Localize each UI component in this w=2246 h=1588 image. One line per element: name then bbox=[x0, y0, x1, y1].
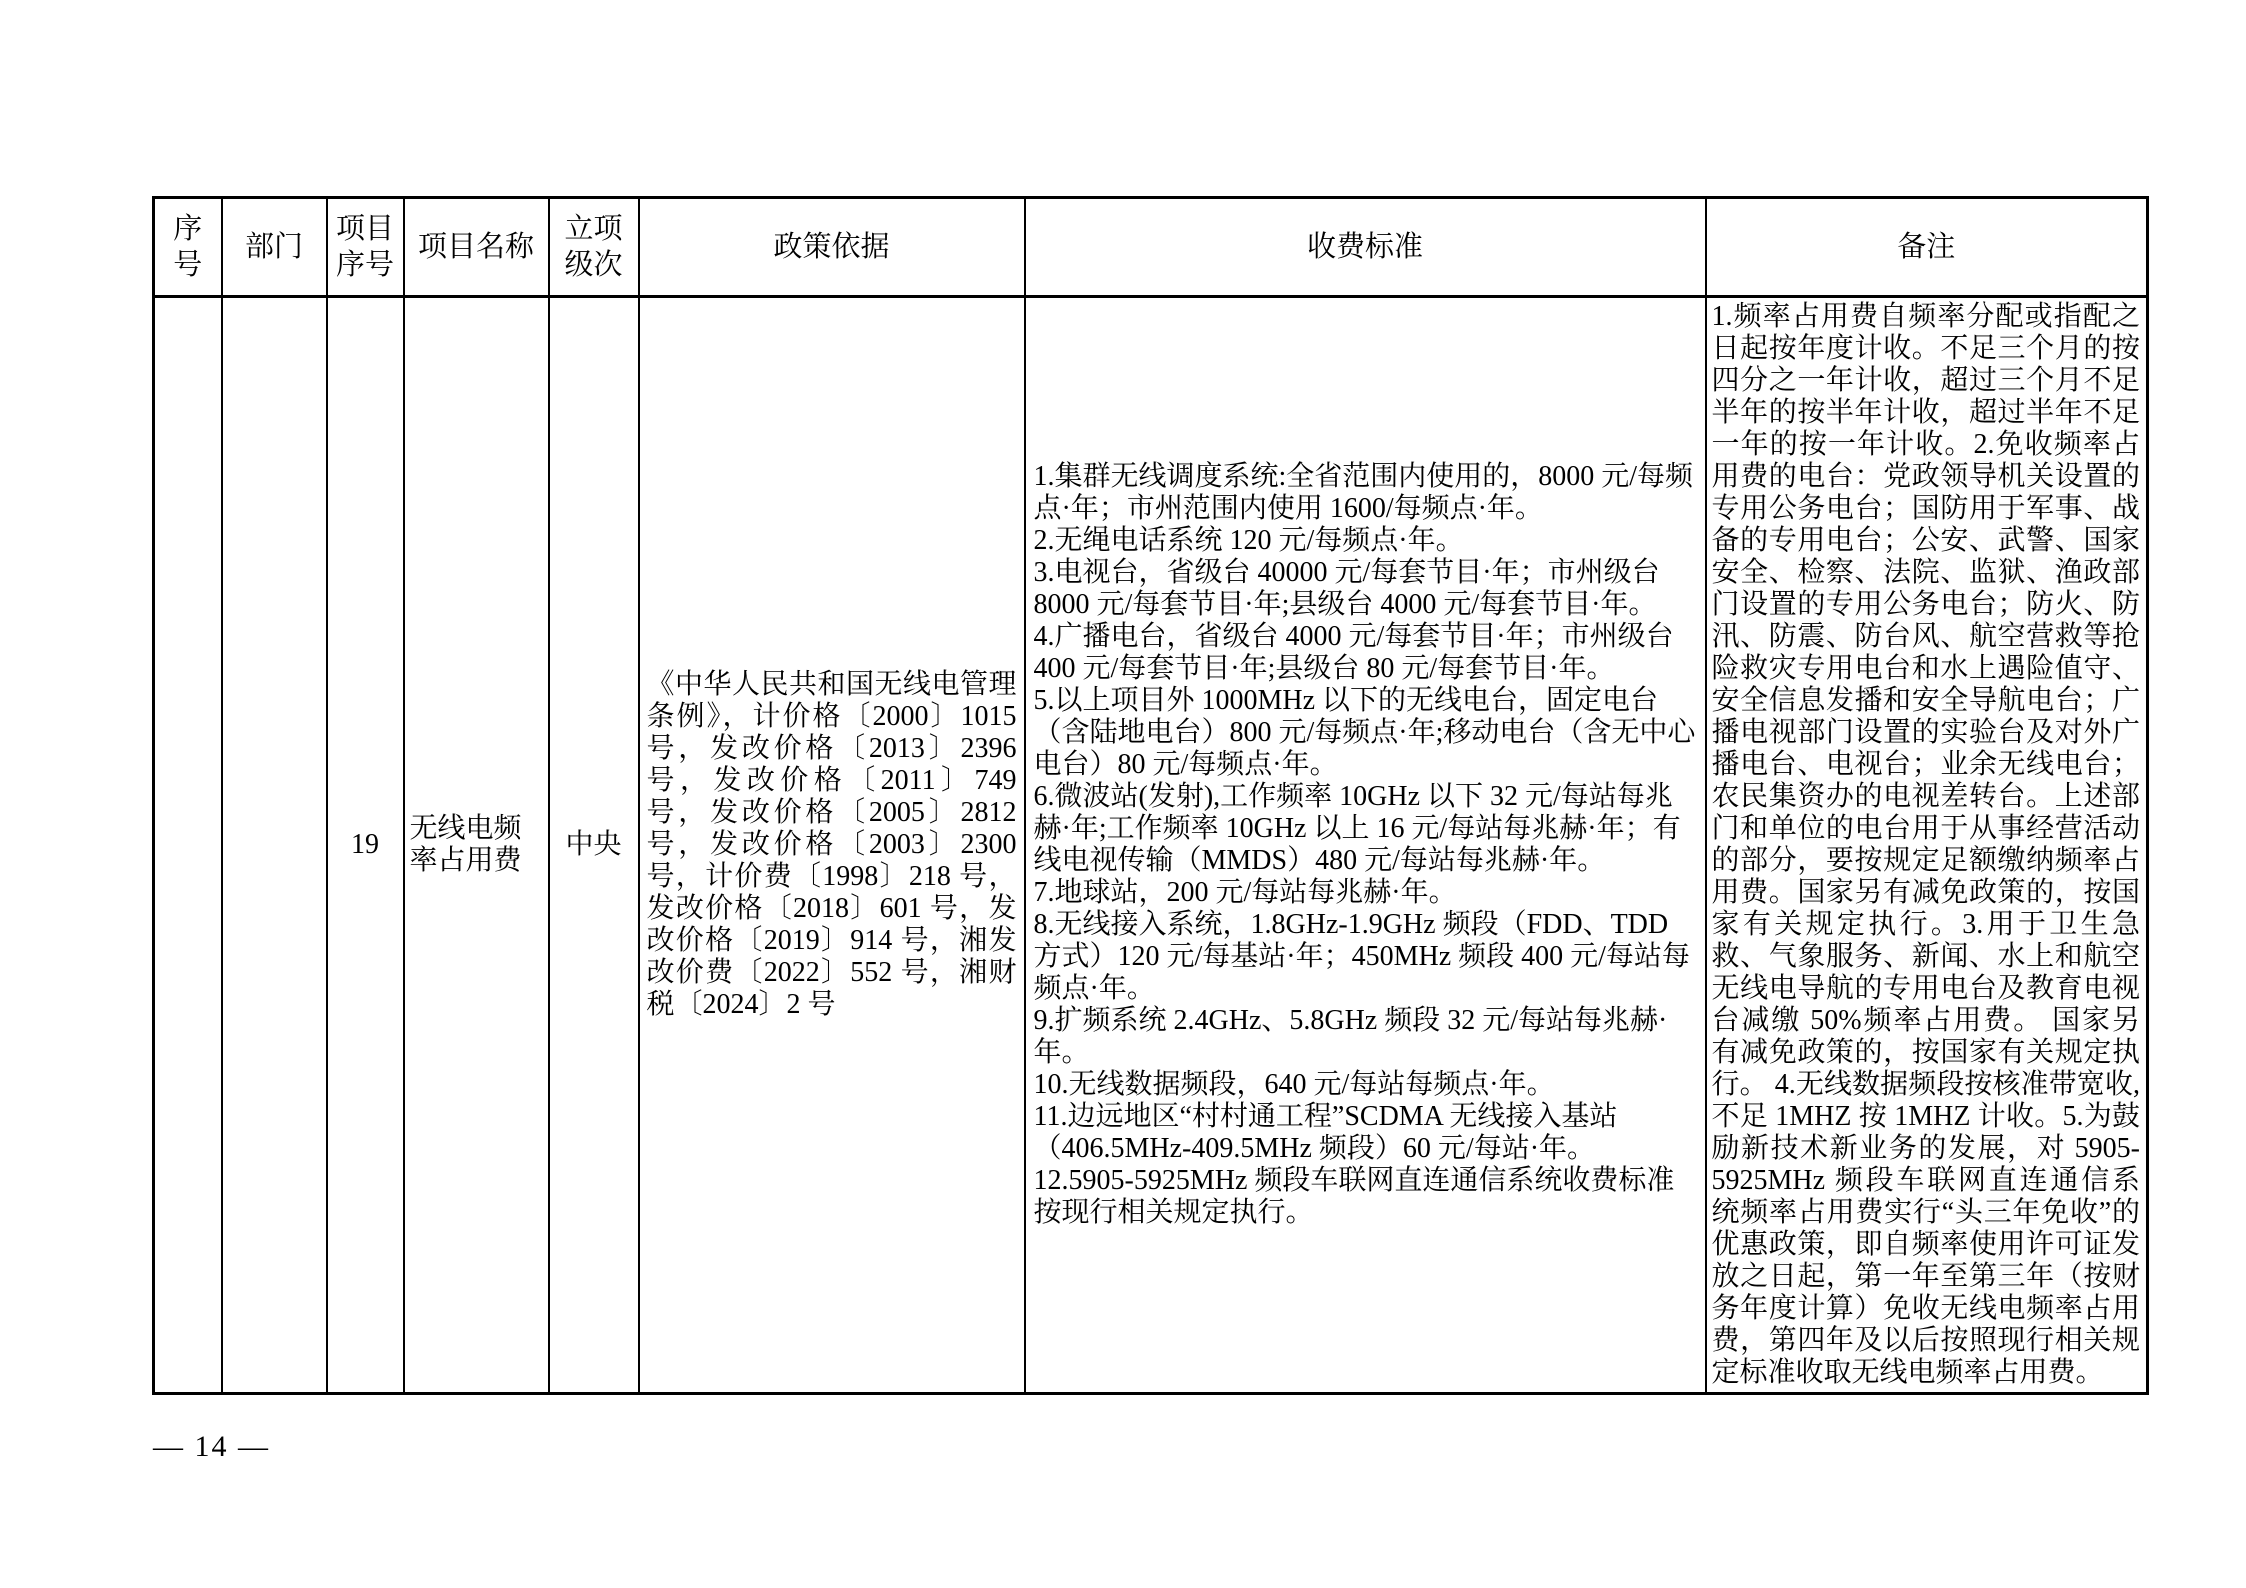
cell-remarks: 1.频率占用费自频率分配或指配之日起按年度计收。不足三个月的按四分之一年计收，超… bbox=[1706, 297, 2148, 1394]
header-row: 序号 部门 项目序号 项目名称 立项级次 政策依据 收费标准 备注 bbox=[154, 198, 2148, 297]
col-header-policy-basis: 政策依据 bbox=[639, 198, 1025, 297]
cell-fee-standard: 1.集群无线调度系统:全省范围内使用的，8000 元/每频点·年；市州范围内使用… bbox=[1025, 297, 1706, 1394]
col-header-project-name: 项目名称 bbox=[404, 198, 549, 297]
fee-item: 7.地球站，200 元/每站每兆赫·年。 bbox=[1034, 877, 1697, 909]
col-header-project-no: 项目序号 bbox=[327, 198, 404, 297]
fee-items-table: 序号 部门 项目序号 项目名称 立项级次 政策依据 收费标准 备注 19 无线电… bbox=[152, 196, 2149, 1395]
cell-project-no: 19 bbox=[327, 297, 404, 1394]
fee-item: 1.集群无线调度系统:全省范围内使用的，8000 元/每频点·年；市州范围内使用… bbox=[1034, 461, 1697, 525]
fee-item: 2.无绳电话系统 120 元/每频点·年。 bbox=[1034, 525, 1697, 557]
fee-item: 10.无线数据频段，640 元/每站每频点·年。 bbox=[1034, 1069, 1697, 1101]
fee-standard-list: 1.集群无线调度系统:全省范围内使用的，8000 元/每频点·年；市州范围内使用… bbox=[1034, 461, 1697, 1229]
fee-item: 8.无线接入系统，1.8GHz-1.9GHz 频段（FDD、TDD 方式）120… bbox=[1034, 909, 1697, 1005]
fee-item: 4.广播电台，省级台 4000 元/每套节目·年；市州级台 400 元/每套节目… bbox=[1034, 621, 1697, 685]
fee-item: 6.微波站(发射),工作频率 10GHz 以下 32 元/每站每兆赫·年;工作频… bbox=[1034, 781, 1697, 877]
fee-item: 12.5905-5925MHz 频段车联网直连通信系统收费标准按现行相关规定执行… bbox=[1034, 1165, 1697, 1229]
fee-item: 11.边远地区“村村通工程”SCDMA 无线接入基站（406.5MHz-409.… bbox=[1034, 1101, 1697, 1165]
col-header-remarks: 备注 bbox=[1706, 198, 2148, 297]
table-row: 19 无线电频率占用费 中央 《中华人民共和国无线电管理条例》，计价格〔2000… bbox=[154, 297, 2148, 1394]
col-header-serial: 序号 bbox=[154, 198, 222, 297]
fee-item: 3.电视台，省级台 40000 元/每套节目·年；市州级台 8000 元/每套节… bbox=[1034, 557, 1697, 621]
policy-basis-text: 《中华人民共和国无线电管理条例》，计价格〔2000〕1015 号，发改价格〔20… bbox=[647, 669, 1017, 1021]
fee-item: 5.以上项目外 1000MHz 以下的无线电台，固定电台（含陆地电台）800 元… bbox=[1034, 685, 1697, 781]
cell-approval-level: 中央 bbox=[549, 297, 639, 1394]
cell-department bbox=[222, 297, 327, 1394]
cell-project-name: 无线电频率占用费 bbox=[404, 297, 549, 1394]
fee-item: 9.扩频系统 2.4GHz、5.8GHz 频段 32 元/每站每兆赫·年。 bbox=[1034, 1005, 1697, 1069]
remarks-text: 1.频率占用费自频率分配或指配之日起按年度计收。不足三个月的按四分之一年计收，超… bbox=[1712, 301, 2141, 1389]
page-number: — 14 — bbox=[153, 1430, 270, 1464]
project-name-text: 无线电频率占用费 bbox=[410, 813, 546, 877]
col-header-approval-level: 立项级次 bbox=[549, 198, 639, 297]
col-header-department: 部门 bbox=[222, 198, 327, 297]
cell-policy-basis: 《中华人民共和国无线电管理条例》，计价格〔2000〕1015 号，发改价格〔20… bbox=[639, 297, 1025, 1394]
cell-serial bbox=[154, 297, 222, 1394]
col-header-fee-standard: 收费标准 bbox=[1025, 198, 1706, 297]
